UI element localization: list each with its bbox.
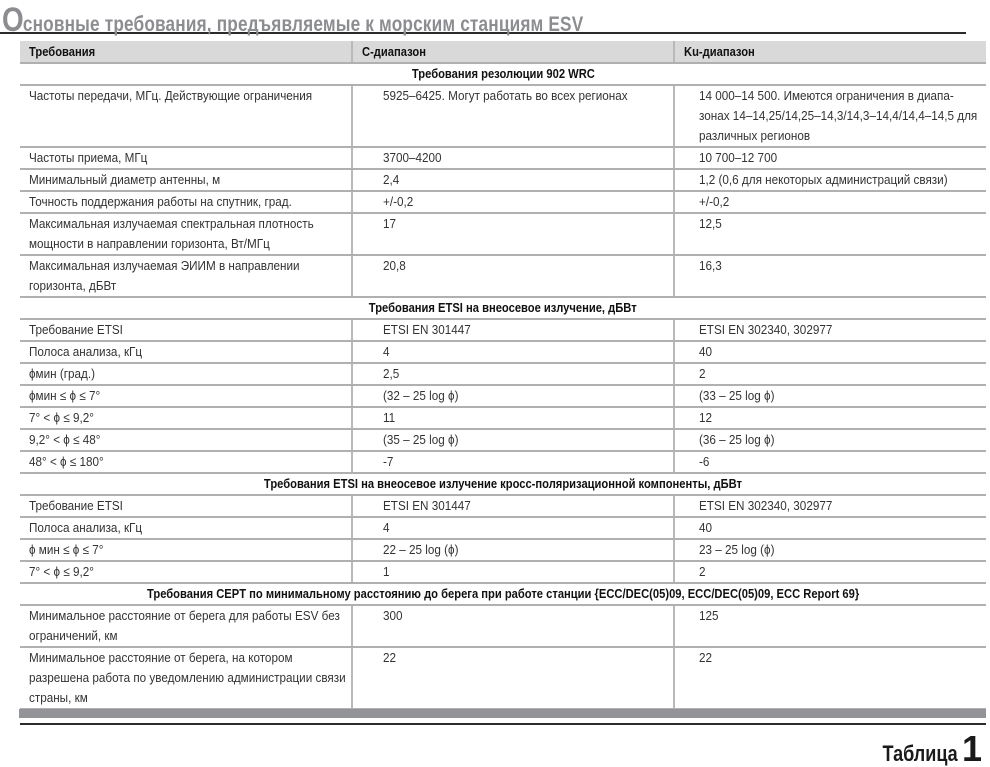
cell-requirement: Точность поддержания работы на спутник, … — [20, 191, 352, 213]
table-body: Требования резолюции 902 WRCЧастоты пере… — [20, 63, 986, 709]
cell-ku-band: -6 — [674, 451, 986, 473]
title-text: сновные требования, предъявляемые к морс… — [23, 13, 583, 36]
cell-c-band: 22 — [352, 647, 674, 709]
table-row: Требование ETSIETSI EN 301447ETSI EN 302… — [20, 495, 986, 517]
page-title-block: Основные требования, предъявляемые к мор… — [0, 0, 966, 34]
cell-ku-band: 40 — [674, 341, 986, 363]
cell-ku-band: 1,2 (0,6 для некоторых администраций свя… — [674, 169, 986, 191]
cell-requirement: 7° < ϕ ≤ 9,2° — [20, 561, 352, 583]
cell-c-band: +/-0,2 — [352, 191, 674, 213]
cell-c-band: 300 — [352, 605, 674, 647]
table-caption: Таблица 1 — [866, 728, 982, 767]
cell-c-band: (35 – 25 log ϕ) — [352, 429, 674, 451]
cell-ku-band: (33 – 25 log ϕ) — [674, 385, 986, 407]
cell-requirement: Полоса анализа, кГц — [20, 517, 352, 539]
cell-ku-band: ETSI EN 302340, 302977 — [674, 495, 986, 517]
cell-ku-band: 10 700–12 700 — [674, 147, 986, 169]
table-row: 7° < ϕ ≤ 9,2°12 — [20, 561, 986, 583]
cell-c-band: 2,4 — [352, 169, 674, 191]
cell-ku-band: 22 — [674, 647, 986, 709]
table-row: Минимальный диаметр антенны, м2,41,2 (0,… — [20, 169, 986, 191]
cell-c-band: ETSI EN 301447 — [352, 495, 674, 517]
section-title: Требования CEPT по минимальному расстоян… — [20, 583, 986, 605]
cell-ku-band: 14 000–14 500. Имеются ограничения в диа… — [674, 85, 986, 147]
cell-requirement: ϕ мин ≤ ϕ ≤ 7° — [20, 539, 352, 561]
header-ku-band: Ku-диапазон — [674, 41, 986, 63]
caption-number: 1 — [962, 728, 982, 767]
section-title: Требования резолюции 902 WRC — [20, 63, 986, 85]
section-title: Требования ETSI на внеосевое излучение, … — [20, 297, 986, 319]
cell-ku-band: ETSI EN 302340, 302977 — [674, 319, 986, 341]
table-row: Минимальное расстояние от берега для раб… — [20, 605, 986, 647]
table-row: Частоты приема, МГц3700–420010 700–12 70… — [20, 147, 986, 169]
section-header-row: Требования ETSI на внеосевое излучение, … — [20, 297, 986, 319]
cell-ku-band: 2 — [674, 561, 986, 583]
cell-c-band: 4 — [352, 517, 674, 539]
table-row: 7° < ϕ ≤ 9,2°1112 — [20, 407, 986, 429]
cell-c-band: -7 — [352, 451, 674, 473]
cell-c-band: ETSI EN 301447 — [352, 319, 674, 341]
table-row: ϕмин ≤ ϕ ≤ 7°(32 – 25 log ϕ)(33 – 25 log… — [20, 385, 986, 407]
cell-requirement: Полоса анализа, кГц — [20, 341, 352, 363]
table-row: 9,2° < ϕ ≤ 48°(35 – 25 log ϕ)(36 – 25 lo… — [20, 429, 986, 451]
cell-requirement: 48° < ϕ ≤ 180° — [20, 451, 352, 473]
section-header-row: Требования CEPT по минимальному расстоян… — [20, 583, 986, 605]
cell-c-band: 1 — [352, 561, 674, 583]
table-row: ϕ мин ≤ ϕ ≤ 7°22 – 25 log (ϕ)23 – 25 log… — [20, 539, 986, 561]
cell-c-band: 5925–6425. Могут работать во всех регион… — [352, 85, 674, 147]
section-header-row: Требования ETSI на внеосевое излучение к… — [20, 473, 986, 495]
table-bottom-bar — [19, 709, 986, 718]
cell-requirement: 9,2° < ϕ ≤ 48° — [20, 429, 352, 451]
table-bottom-rule — [20, 723, 986, 725]
title-initial: О — [2, 1, 23, 39]
cell-ku-band: (36 – 25 log ϕ) — [674, 429, 986, 451]
header-c-band: C-диапазон — [352, 41, 674, 63]
section-title: Требования ETSI на внеосевое излучение к… — [20, 473, 986, 495]
cell-requirement: Максимальная излучаемая ЭИИМ в направлен… — [20, 255, 352, 297]
caption-word: Таблица — [882, 741, 957, 767]
cell-c-band: 22 – 25 log (ϕ) — [352, 539, 674, 561]
cell-requirement: Минимальный диаметр антенны, м — [20, 169, 352, 191]
table-row: Требование ETSIETSI EN 301447ETSI EN 302… — [20, 319, 986, 341]
cell-requirement: Частоты передачи, МГц. Действующие огран… — [20, 85, 352, 147]
cell-ku-band: 16,3 — [674, 255, 986, 297]
cell-ku-band: 12 — [674, 407, 986, 429]
table-row: 48° < ϕ ≤ 180°-7-6 — [20, 451, 986, 473]
cell-ku-band: +/-0,2 — [674, 191, 986, 213]
cell-requirement: Максимальная излучаемая спектральная пло… — [20, 213, 352, 255]
cell-c-band: (32 – 25 log ϕ) — [352, 385, 674, 407]
cell-c-band: 2,5 — [352, 363, 674, 385]
table-row: Полоса анализа, кГц440 — [20, 517, 986, 539]
page-title: Основные требования, предъявляемые к мор… — [2, 1, 583, 40]
cell-requirement: Минимальное расстояние от берега для раб… — [20, 605, 352, 647]
table-row: Точность поддержания работы на спутник, … — [20, 191, 986, 213]
cell-requirement: Требование ETSI — [20, 319, 352, 341]
cell-ku-band: 125 — [674, 605, 986, 647]
cell-ku-band: 2 — [674, 363, 986, 385]
header-requirements: Требования — [20, 41, 352, 63]
cell-c-band: 20,8 — [352, 255, 674, 297]
cell-ku-band: 40 — [674, 517, 986, 539]
cell-ku-band: 23 – 25 log (ϕ) — [674, 539, 986, 561]
table-row: Частоты передачи, МГц. Действующие огран… — [20, 85, 986, 147]
cell-requirement: Минимальное расстояние от берега, на кот… — [20, 647, 352, 709]
cell-requirement: Частоты приема, МГц — [20, 147, 352, 169]
table-row: Максимальная излучаемая спектральная пло… — [20, 213, 986, 255]
table-row: Полоса анализа, кГц440 — [20, 341, 986, 363]
cell-requirement: ϕмин (град.) — [20, 363, 352, 385]
table-row: Минимальное расстояние от берега, на кот… — [20, 647, 986, 709]
cell-c-band: 4 — [352, 341, 674, 363]
section-header-row: Требования резолюции 902 WRC — [20, 63, 986, 85]
table-header-row: Требования C-диапазон Ku-диапазон — [20, 41, 986, 63]
requirements-table: Требования C-диапазон Ku-диапазон Требов… — [20, 41, 986, 710]
cell-c-band: 11 — [352, 407, 674, 429]
cell-requirement: Требование ETSI — [20, 495, 352, 517]
table-row: Максимальная излучаемая ЭИИМ в направлен… — [20, 255, 986, 297]
cell-requirement: ϕмин ≤ ϕ ≤ 7° — [20, 385, 352, 407]
cell-c-band: 3700–4200 — [352, 147, 674, 169]
cell-requirement: 7° < ϕ ≤ 9,2° — [20, 407, 352, 429]
cell-ku-band: 12,5 — [674, 213, 986, 255]
table-row: ϕмин (град.)2,52 — [20, 363, 986, 385]
cell-c-band: 17 — [352, 213, 674, 255]
